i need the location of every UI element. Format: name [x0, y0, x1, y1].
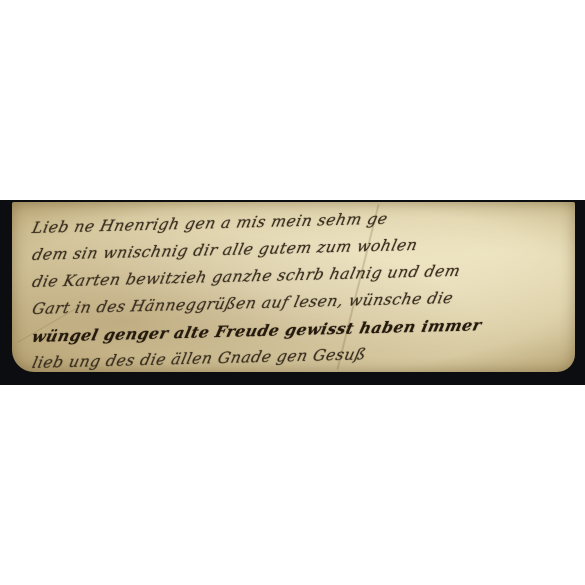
letter-paper: Lieb ne Hnenrigh gen a mis mein sehm ge … [12, 202, 575, 372]
handwritten-text: Lieb ne Hnenrigh gen a mis mein sehm ge … [34, 208, 565, 370]
